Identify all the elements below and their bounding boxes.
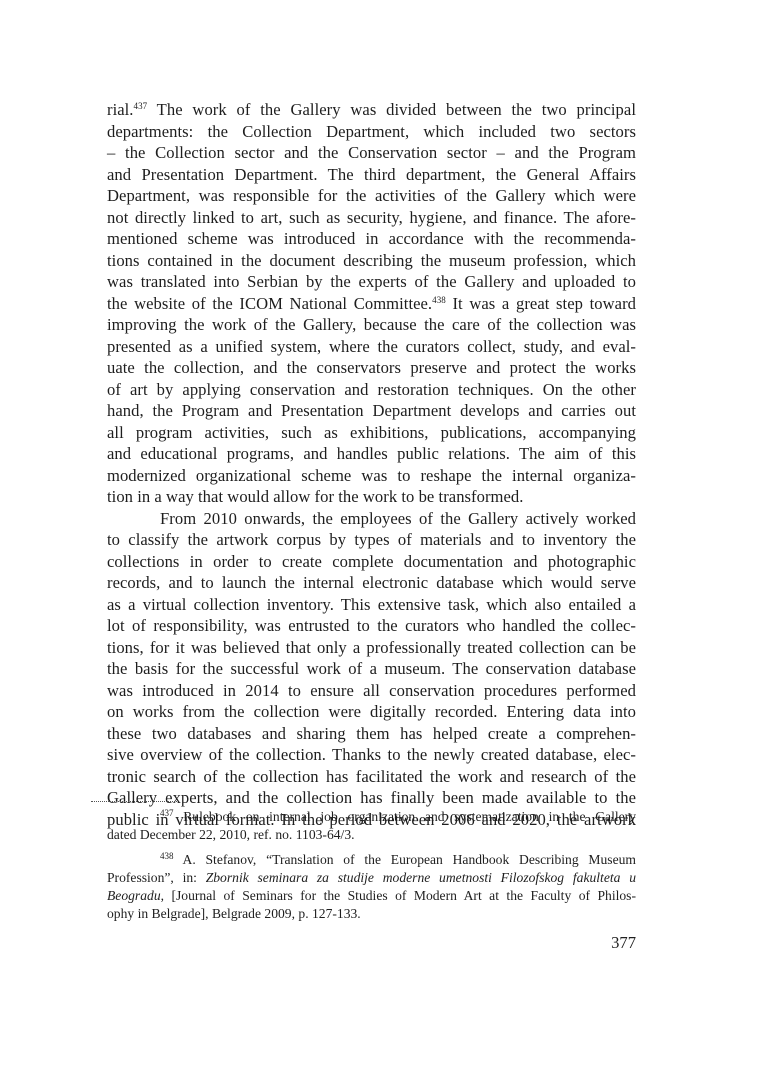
body-line: tions contained in the document describi… <box>107 250 636 272</box>
footnote-line: 438 A. Stefanov, “Translation of the Eur… <box>107 851 636 869</box>
footnote-line: ophy in Belgrade], Belgrade 2009, p. 127… <box>107 905 636 923</box>
journal-title: Zbornik seminara za studije moderne umet… <box>206 870 636 885</box>
body-line: and educational programs, and handles pu… <box>107 443 636 465</box>
footnote-437: 437 Rulebook on internal job organizatio… <box>107 808 636 844</box>
body-line: tronic search of the collection has faci… <box>107 766 636 788</box>
body-line: modernized organizational scheme was to … <box>107 465 636 487</box>
body-line: as a virtual collection inventory. This … <box>107 594 636 616</box>
footnote-ref-438[interactable]: 438 <box>432 295 446 305</box>
body-line: Department, was responsible for the acti… <box>107 185 636 207</box>
body-line: was introduced in 2014 to ensure all con… <box>107 680 636 702</box>
body-line: and Presentation Department. The third d… <box>107 164 636 186</box>
body-line: these two databases and sharing them has… <box>107 723 636 745</box>
footnote-438: 438 A. Stefanov, “Translation of the Eur… <box>107 851 636 923</box>
body-line: sive overview of the collection. Thanks … <box>107 744 636 766</box>
body-line: records, and to launch the internal elec… <box>107 572 636 594</box>
body-line: collections in order to create complete … <box>107 551 636 573</box>
body-line: mentioned scheme was introduced in accor… <box>107 228 636 250</box>
body-line: – the Collection sector and the Conserva… <box>107 142 636 164</box>
paragraph-start: From 2010 onwards, the employees of the … <box>107 508 636 530</box>
body-line: of art by applying conservation and rest… <box>107 379 636 401</box>
body-line: hand, the Program and Presentation Depar… <box>107 400 636 422</box>
body-line: tions, for it was believed that only a p… <box>107 637 636 659</box>
footnote-marker: 438 <box>160 851 174 861</box>
footnote-separator <box>91 801 177 802</box>
body-line: the website of the ICOM National Committ… <box>107 293 636 315</box>
footnote-line: Beogradu, [Journal of Seminars for the S… <box>107 887 636 905</box>
journal-title-cont: Beogradu <box>107 888 161 903</box>
footnote-ref-437[interactable]: 437 <box>134 101 148 111</box>
footnote-line: dated December 22, 2010, ref. no. 1103-6… <box>107 826 636 844</box>
body-line: presented as a unified system, where the… <box>107 336 636 358</box>
footnote-line: Profession”, in: Zbornik seminara za stu… <box>107 869 636 887</box>
body-line: uate the collection, and the conservator… <box>107 357 636 379</box>
document-page: rial.437 The work of the Gallery was div… <box>0 0 773 1080</box>
body-line: was translated into Serbian by the exper… <box>107 271 636 293</box>
body-line: all program activities, such as exhibiti… <box>107 422 636 444</box>
footnote-line: 437 Rulebook on internal job organizatio… <box>107 808 636 826</box>
body-line: tion in a way that would allow for the w… <box>107 486 636 508</box>
body-line: not directly linked to art, such as secu… <box>107 207 636 229</box>
body-line: on works from the collection were digita… <box>107 701 636 723</box>
body-line: lot of responsibility, was entrusted to … <box>107 615 636 637</box>
body-line: departments: the Collection Department, … <box>107 121 636 143</box>
body-line: to classify the artwork corpus by types … <box>107 529 636 551</box>
footnotes: 437 Rulebook on internal job organizatio… <box>107 808 636 930</box>
body-line: the basis for the successful work of a m… <box>107 658 636 680</box>
page-number: 377 <box>611 933 636 953</box>
body-line: improving the work of the Gallery, becau… <box>107 314 636 336</box>
body-text: rial.437 The work of the Gallery was div… <box>107 99 636 830</box>
body-line: rial.437 The work of the Gallery was div… <box>107 99 636 121</box>
body-line: Gallery experts, and the collection has … <box>107 787 636 809</box>
footnote-marker: 437 <box>160 808 174 818</box>
